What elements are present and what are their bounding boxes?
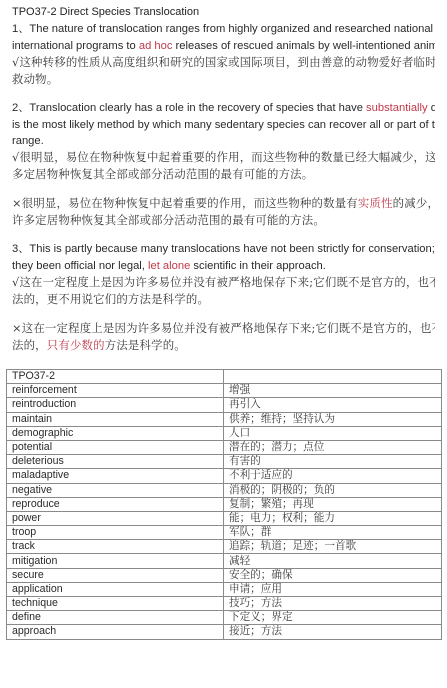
highlighted-phrase: 只有少数的	[47, 338, 105, 352]
english-term: track	[7, 540, 224, 554]
english-term: approach	[7, 625, 224, 639]
section-2-correct-translation-line-2: 多定居物种恢复其全部或部分活动范围的最有可能的方法。	[12, 166, 435, 183]
section-number: 2、	[12, 102, 29, 114]
section-2-english-line-3: range.	[12, 133, 435, 150]
table-row: application申请；应用	[7, 582, 442, 596]
section-1-correct-translation-line-1: √这种转移的性质从高度组织和研究的国家或国际项目，到由善意的动物爱好者临时释放获	[12, 54, 435, 71]
table-row: reproduce复制；繁殖；再现	[7, 497, 442, 511]
table-row: mitigation减轻	[7, 554, 442, 568]
chinese-meaning: 有害的	[224, 455, 442, 469]
section-1-english-line-1: 1、The nature of translocation ranges fro…	[12, 21, 435, 38]
table-row: deleterious有害的	[7, 455, 442, 469]
chinese-meaning: 安全的；确保	[224, 568, 442, 582]
chinese-meaning: 能；电力；权利；能力	[224, 511, 442, 525]
section-2-wrong-translation-line-2: 许多定居物种恢复其全部或部分活动范围的最有可能的方法。	[12, 212, 435, 229]
table-row: troop军队；群	[7, 526, 442, 540]
document-page: TPO37-2 Direct Species Translocation 1、T…	[0, 0, 447, 688]
english-term: application	[7, 582, 224, 596]
table-header-row: TPO37-2	[7, 370, 442, 384]
english-term: reintroduction	[7, 398, 224, 412]
highlighted-phrase: 实质性	[358, 196, 393, 210]
highlighted-phrase: ad hoc	[139, 40, 173, 52]
table-row: maintain供养；维持；坚持认为	[7, 412, 442, 426]
section-number: 1、	[12, 23, 29, 35]
section-number: 3、	[12, 243, 29, 255]
english-term: negative	[7, 483, 224, 497]
chinese-meaning: 减轻	[224, 554, 442, 568]
table-row: define下定义；界定	[7, 611, 442, 625]
english-term: reinforcement	[7, 384, 224, 398]
english-term: secure	[7, 568, 224, 582]
chinese-meaning: 下定义；界定	[224, 611, 442, 625]
chinese-meaning: 消极的；阴极的；负的	[224, 483, 442, 497]
table-row: technique技巧；方法	[7, 597, 442, 611]
chinese-meaning: 增强	[224, 384, 442, 398]
section-3-wrong-translation-line-1: ×这在一定程度上是因为许多易位并没有被严格地保存下来;它们既不是官方的，也不是合	[12, 320, 435, 337]
table-row: power能；电力；权利；能力	[7, 511, 442, 525]
section-2-english-line-1: 2、Translocation clearly has a role in th…	[12, 100, 435, 117]
table-header-cell	[224, 370, 442, 384]
highlighted-phrase: substantially	[366, 102, 428, 114]
chinese-meaning: 供养；维持；坚持认为	[224, 412, 442, 426]
english-term: maintain	[7, 412, 224, 426]
table-row: track追踪；轨道；足迹；一首歌	[7, 540, 442, 554]
chinese-meaning: 不利于适应的	[224, 469, 442, 483]
table-row: reinforcement增强	[7, 384, 442, 398]
chinese-meaning: 技巧；方法	[224, 597, 442, 611]
section-3-correct-translation-line-1: √这在一定程度上是因为许多易位并没有被严格地保存下来;它们既不是官方的，也不是合	[12, 274, 435, 291]
section-2-wrong-translation-line-1: ×很明显，易位在物种恢复中起着重要的作用，而这些物种的数量有实质性的减少，这也是	[12, 195, 435, 212]
section-1-correct-translation-line-2: 救动物。	[12, 71, 435, 88]
cross-mark-icon: ×	[12, 196, 22, 210]
chinese-meaning: 追踪；轨道；足迹；一首歌	[224, 540, 442, 554]
english-term: mitigation	[7, 554, 224, 568]
english-term: define	[7, 611, 224, 625]
chinese-meaning: 军队；群	[224, 526, 442, 540]
table-row: approach接近；方法	[7, 625, 442, 639]
english-term: reproduce	[7, 497, 224, 511]
english-term: demographic	[7, 426, 224, 440]
cross-mark-icon: ×	[12, 321, 22, 335]
section-3-english-line-2: they been official nor legal, let alone …	[12, 258, 435, 275]
chinese-meaning: 潜在的；潜力；点位	[224, 440, 442, 454]
document-title: TPO37-2 Direct Species Translocation	[12, 4, 435, 21]
table-row: reintroduction再引入	[7, 398, 442, 412]
english-term: deleterious	[7, 455, 224, 469]
english-term: potential	[7, 440, 224, 454]
chinese-meaning: 申请；应用	[224, 582, 442, 596]
table-row: maladaptive不利于适应的	[7, 469, 442, 483]
highlighted-phrase: let alone	[148, 260, 190, 272]
table-header-cell: TPO37-2	[7, 370, 224, 384]
table-row: demographic人口	[7, 426, 442, 440]
table-row: potential潜在的；潜力；点位	[7, 440, 442, 454]
table-row: negative消极的；阴极的；负的	[7, 483, 442, 497]
section-3-correct-translation-line-2: 法的，更不用说它们的方法是科学的。	[12, 291, 435, 308]
english-term: technique	[7, 597, 224, 611]
english-term: power	[7, 511, 224, 525]
section-2-english-line-2: is the most likely method by which many …	[12, 117, 435, 134]
section-1-english-line-2: international programs to ad hoc release…	[12, 38, 435, 55]
section-3-wrong-translation-line-2: 法的，只有少数的方法是科学的。	[12, 337, 435, 354]
chinese-meaning: 复制；繁殖；再现	[224, 497, 442, 511]
english-term: troop	[7, 526, 224, 540]
chinese-meaning: 人口	[224, 426, 442, 440]
chinese-meaning: 接近；方法	[224, 625, 442, 639]
table-row: secure安全的；确保	[7, 568, 442, 582]
chinese-meaning: 再引入	[224, 398, 442, 412]
english-term: maladaptive	[7, 469, 224, 483]
section-2-correct-translation-line-1: √很明显，易位在物种恢复中起着重要的作用，而这些物种的数量已经大幅减少，这也是许	[12, 149, 435, 166]
section-3-english-line-1: 3、This is partly because many translocat…	[12, 241, 435, 258]
vocabulary-table: TPO37-2 reinforcement增强 reintroduction再引…	[6, 369, 442, 640]
